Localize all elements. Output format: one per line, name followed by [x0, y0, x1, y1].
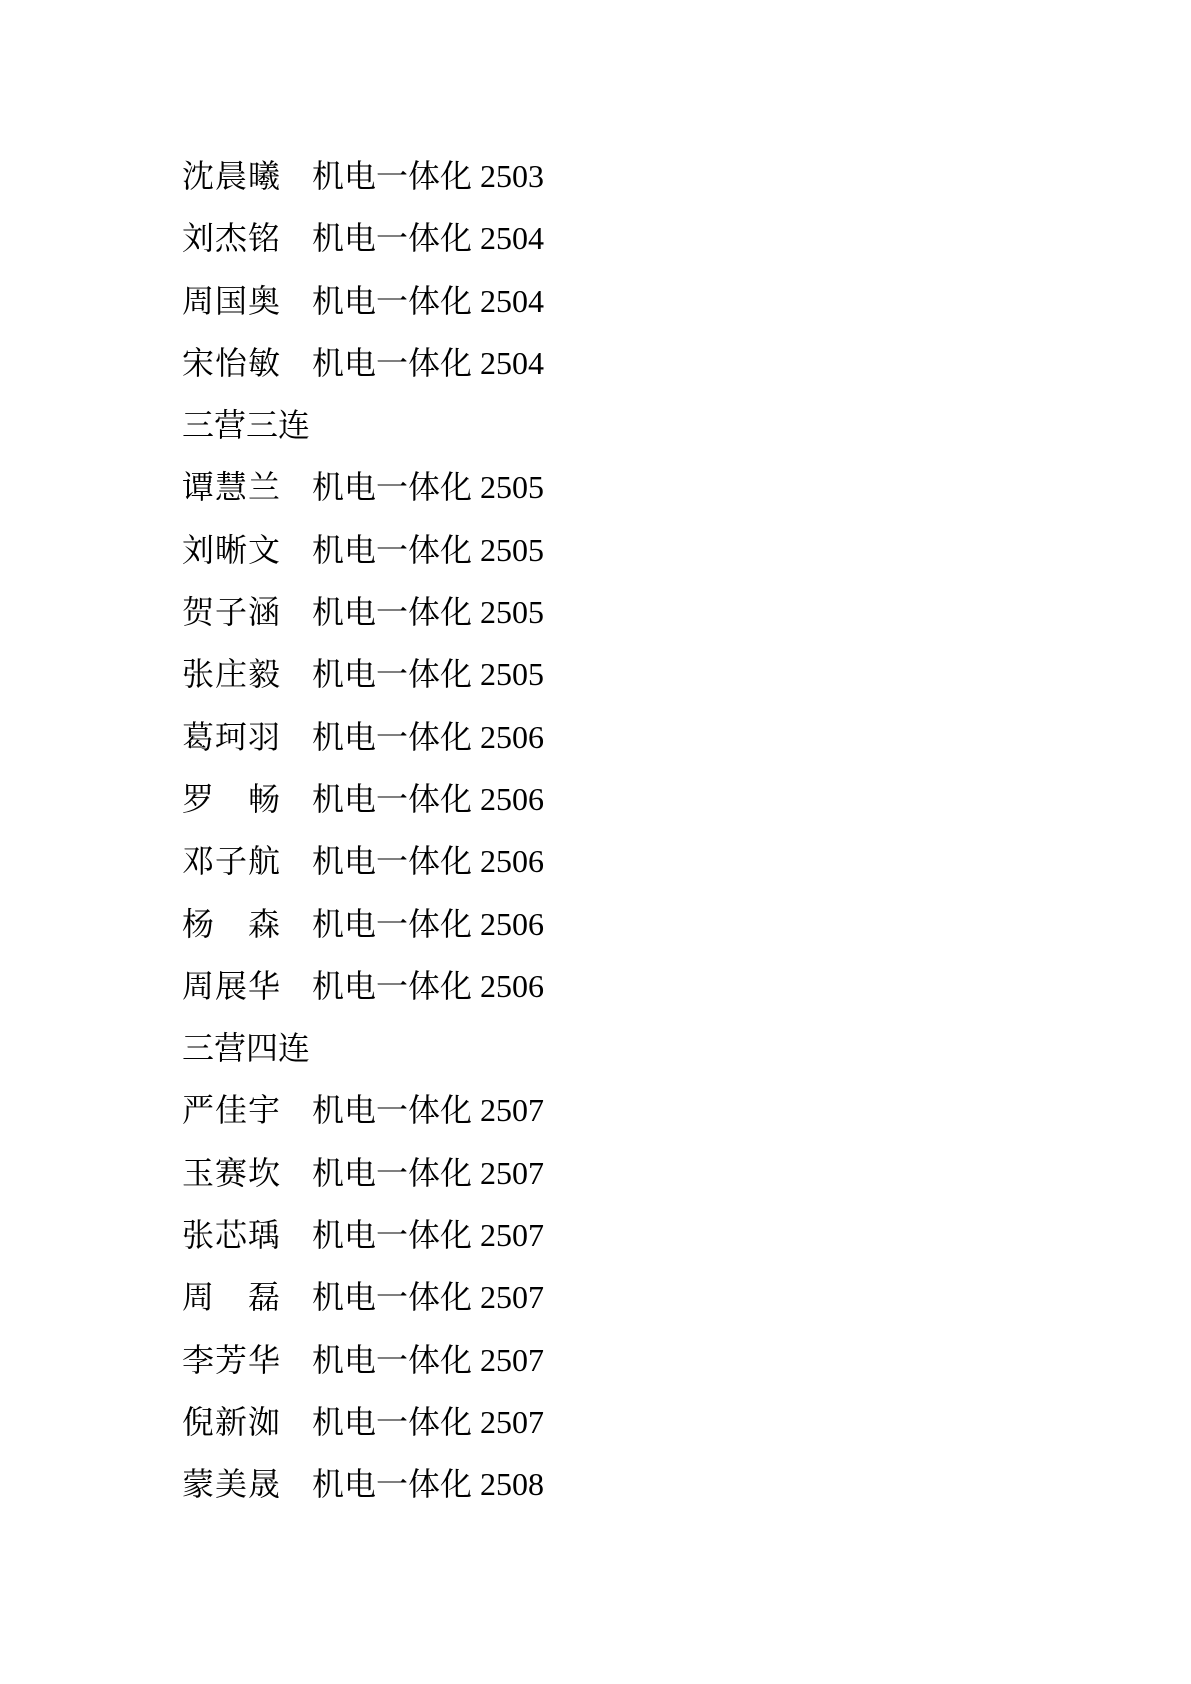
program-name: 机电一体化: [312, 532, 472, 568]
class-info: 机电一体化2505: [312, 519, 544, 581]
class-info: 机电一体化2504: [312, 270, 544, 332]
roster-row: 刘晰文机电一体化2505: [182, 519, 544, 581]
class-number: 2506: [480, 843, 544, 879]
program-name: 机电一体化: [312, 220, 472, 256]
student-name: 张庄毅: [182, 643, 280, 705]
class-number: 2506: [480, 906, 544, 942]
class-number: 2504: [480, 283, 544, 319]
class-number: 2506: [480, 719, 544, 755]
student-name: 张芯瑀: [182, 1204, 280, 1266]
section-header: 三营四连: [182, 1017, 310, 1079]
student-name: 蒙美晟: [182, 1453, 280, 1515]
class-number: 2505: [480, 594, 544, 630]
class-info: 机电一体化2507: [312, 1142, 544, 1204]
roster-row: 张庄毅机电一体化2505: [182, 643, 544, 705]
student-name: 周国奥: [182, 270, 280, 332]
roster-row: 周展华机电一体化2506: [182, 955, 544, 1017]
student-name: 李芳华: [182, 1329, 280, 1391]
class-info: 机电一体化2508: [312, 1453, 544, 1515]
program-name: 机电一体化: [312, 1155, 472, 1191]
program-name: 机电一体化: [312, 1342, 472, 1378]
student-name: 杨 森: [182, 893, 280, 955]
class-info: 机电一体化2507: [312, 1391, 544, 1453]
class-info: 机电一体化2504: [312, 332, 544, 394]
student-name: 葛珂羽: [182, 706, 280, 768]
program-name: 机电一体化: [312, 1279, 472, 1315]
student-name: 倪新洳: [182, 1391, 280, 1453]
class-number: 2507: [480, 1092, 544, 1128]
student-name: 刘杰铭: [182, 207, 280, 269]
section-header-row: 三营三连: [182, 394, 544, 456]
class-number: 2505: [480, 469, 544, 505]
program-name: 机电一体化: [312, 1092, 472, 1128]
class-number: 2507: [480, 1342, 544, 1378]
student-name: 周 磊: [182, 1266, 280, 1328]
program-name: 机电一体化: [312, 906, 472, 942]
class-number: 2504: [480, 220, 544, 256]
section-header-row: 三营四连: [182, 1017, 544, 1079]
roster-row: 严佳宇机电一体化2507: [182, 1079, 544, 1141]
program-name: 机电一体化: [312, 158, 472, 194]
roster-row: 蒙美晟机电一体化2508: [182, 1453, 544, 1515]
class-info: 机电一体化2506: [312, 706, 544, 768]
class-number: 2507: [480, 1155, 544, 1191]
class-number: 2507: [480, 1279, 544, 1315]
student-name: 沈晨曦: [182, 145, 280, 207]
program-name: 机电一体化: [312, 968, 472, 1004]
program-name: 机电一体化: [312, 1466, 472, 1502]
roster-row: 张芯瑀机电一体化2507: [182, 1204, 544, 1266]
class-info: 机电一体化2505: [312, 456, 544, 518]
class-info: 机电一体化2507: [312, 1266, 544, 1328]
roster-row: 贺子涵机电一体化2505: [182, 581, 544, 643]
roster-row: 周 磊机电一体化2507: [182, 1266, 544, 1328]
class-info: 机电一体化2505: [312, 643, 544, 705]
program-name: 机电一体化: [312, 781, 472, 817]
student-name: 邓子航: [182, 830, 280, 892]
program-name: 机电一体化: [312, 656, 472, 692]
roster-row: 杨 森机电一体化2506: [182, 893, 544, 955]
roster-row: 沈晨曦机电一体化2503: [182, 145, 544, 207]
class-info: 机电一体化2507: [312, 1079, 544, 1141]
student-name: 罗 畅: [182, 768, 280, 830]
class-number: 2506: [480, 781, 544, 817]
class-number: 2507: [480, 1217, 544, 1253]
student-name: 严佳宇: [182, 1079, 280, 1141]
class-number: 2506: [480, 968, 544, 1004]
program-name: 机电一体化: [312, 1217, 472, 1253]
class-number: 2505: [480, 532, 544, 568]
roster-row: 刘杰铭机电一体化2504: [182, 207, 544, 269]
roster-row: 谭慧兰机电一体化2505: [182, 456, 544, 518]
program-name: 机电一体化: [312, 469, 472, 505]
student-name: 周展华: [182, 955, 280, 1017]
program-name: 机电一体化: [312, 843, 472, 879]
class-number: 2503: [480, 158, 544, 194]
program-name: 机电一体化: [312, 1404, 472, 1440]
program-name: 机电一体化: [312, 719, 472, 755]
roster-list: 沈晨曦机电一体化2503 刘杰铭机电一体化2504 周国奥机电一体化2504 宋…: [182, 145, 544, 1516]
class-info: 机电一体化2507: [312, 1204, 544, 1266]
program-name: 机电一体化: [312, 594, 472, 630]
student-name: 谭慧兰: [182, 456, 280, 518]
class-info: 机电一体化2505: [312, 581, 544, 643]
student-name: 玉赛坎: [182, 1142, 280, 1204]
roster-row: 倪新洳机电一体化2507: [182, 1391, 544, 1453]
class-info: 机电一体化2504: [312, 207, 544, 269]
class-info: 机电一体化2506: [312, 955, 544, 1017]
student-name: 刘晰文: [182, 519, 280, 581]
roster-row: 葛珂羽机电一体化2506: [182, 706, 544, 768]
class-number: 2505: [480, 656, 544, 692]
class-info: 机电一体化2506: [312, 830, 544, 892]
program-name: 机电一体化: [312, 345, 472, 381]
class-number: 2504: [480, 345, 544, 381]
class-number: 2508: [480, 1466, 544, 1502]
section-header: 三营三连: [182, 394, 310, 456]
roster-row: 玉赛坎机电一体化2507: [182, 1142, 544, 1204]
class-number: 2507: [480, 1404, 544, 1440]
roster-row: 罗 畅机电一体化2506: [182, 768, 544, 830]
class-info: 机电一体化2507: [312, 1329, 544, 1391]
roster-row: 李芳华机电一体化2507: [182, 1329, 544, 1391]
class-info: 机电一体化2506: [312, 768, 544, 830]
student-name: 宋怡敏: [182, 332, 280, 394]
program-name: 机电一体化: [312, 283, 472, 319]
roster-row: 宋怡敏机电一体化2504: [182, 332, 544, 394]
class-info: 机电一体化2506: [312, 893, 544, 955]
document-page: 沈晨曦机电一体化2503 刘杰铭机电一体化2504 周国奥机电一体化2504 宋…: [0, 0, 1191, 1684]
student-name: 贺子涵: [182, 581, 280, 643]
class-info: 机电一体化2503: [312, 145, 544, 207]
roster-row: 周国奥机电一体化2504: [182, 270, 544, 332]
roster-row: 邓子航机电一体化2506: [182, 830, 544, 892]
